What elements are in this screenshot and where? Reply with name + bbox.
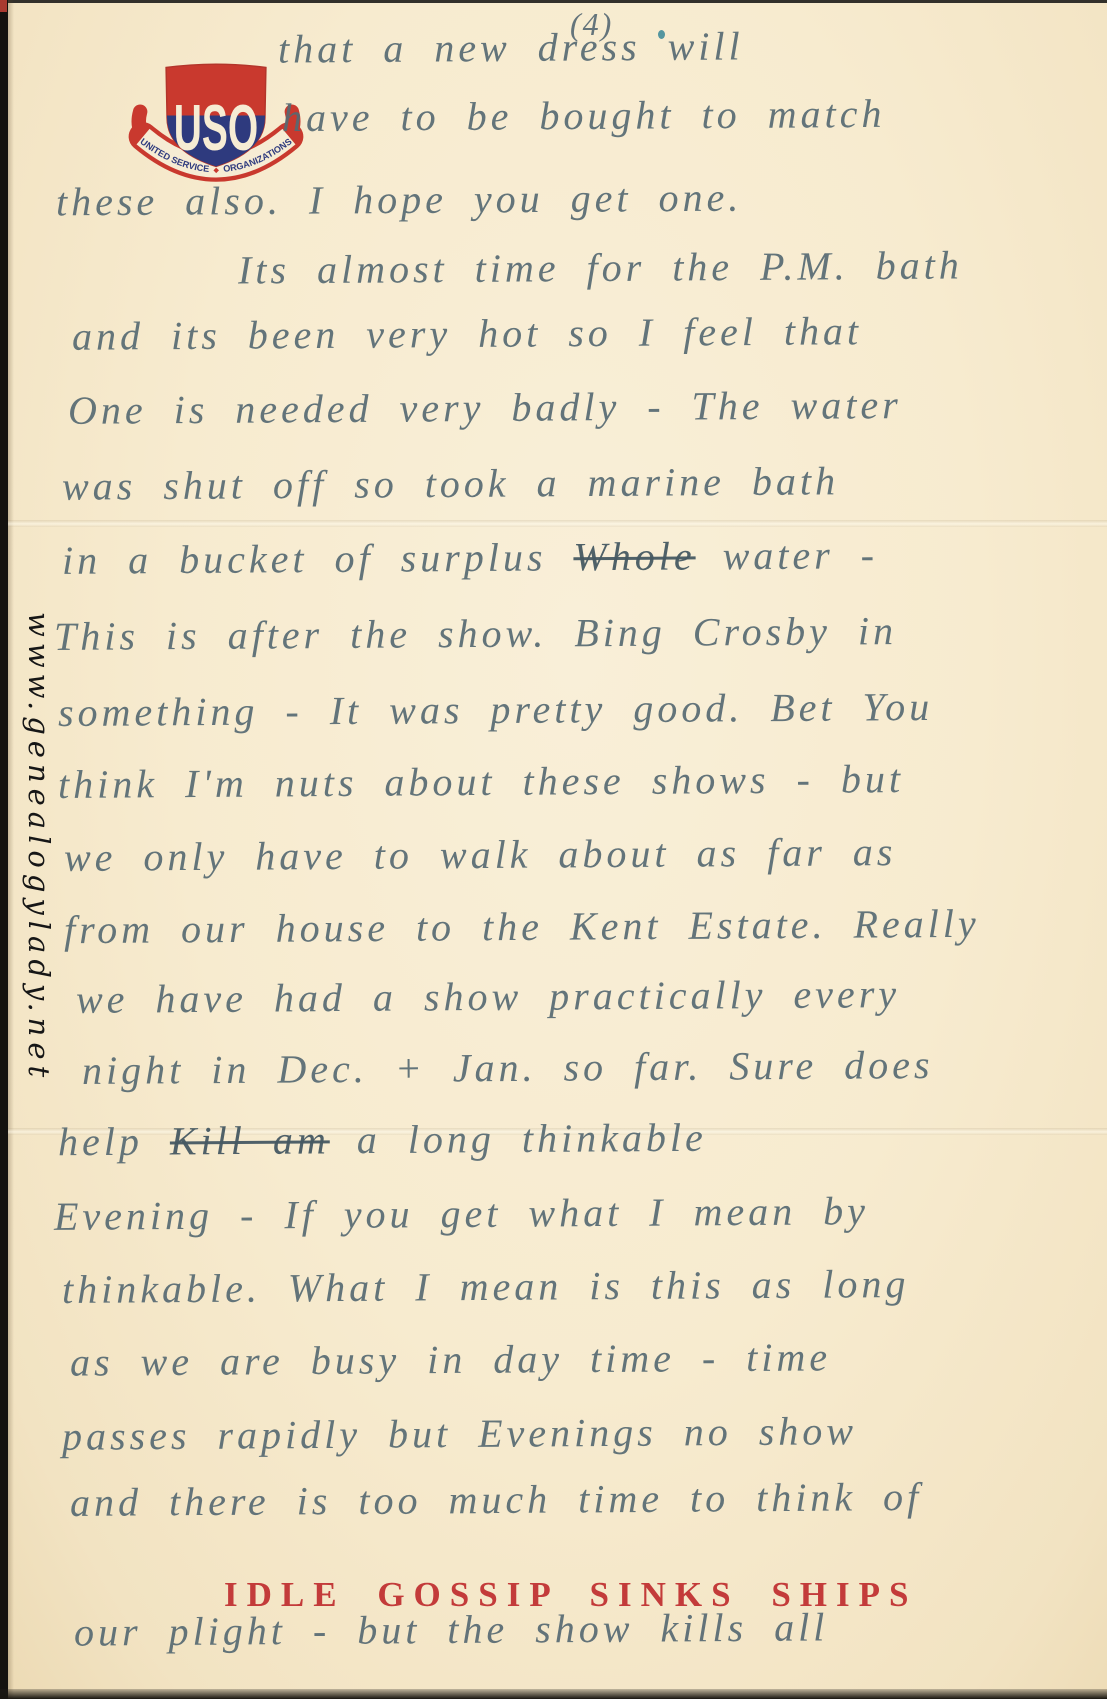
watermark: www.genealogylady.net: [22, 612, 56, 1056]
handwriting-line: and its been very hot so I feel that: [72, 307, 862, 360]
handwriting-text: these also. I hope you get one.: [56, 175, 743, 225]
scan-edge-bottom: [0, 1689, 1107, 1699]
handwriting-text: water -: [695, 532, 878, 578]
censorship-slogan: IDLE GOSSIP SINKS SHIPS: [224, 1575, 918, 1615]
handwriting-text: a long thinkable: [330, 1115, 707, 1163]
handwriting-line: and there is too much time to think of: [70, 1473, 923, 1526]
struck-word: Whole: [573, 533, 695, 579]
handwriting-text: Evening - If you get what I mean by: [54, 1188, 869, 1239]
handwriting-text: we only have to walk about as far as: [64, 829, 897, 880]
handwriting-text: and its been very hot so I feel that: [72, 308, 862, 359]
handwriting-text: something - It was pretty good. Bet You: [58, 684, 933, 735]
handwriting-line: was shut off so took a marine bath: [62, 457, 839, 509]
handwriting-line: something - It was pretty good. Bet You: [58, 683, 933, 736]
handwriting-text: thinkable. What I mean is this as long: [62, 1261, 910, 1312]
handwriting-line: we have had a show practically every: [76, 970, 900, 1023]
handwriting-line: One is needed very badly - The water: [68, 381, 902, 434]
handwriting-text: night in Dec. + Jan. so far. Sure does: [82, 1042, 934, 1093]
handwriting-text: and there is too much time to think of: [70, 1474, 923, 1525]
handwriting-text: Its almost time for the P.M. bath: [238, 242, 963, 292]
handwriting-text: One is needed very badly - The water: [68, 382, 902, 433]
handwriting-text: think I'm nuts about these shows - but: [58, 756, 904, 807]
paper-edge-shadow: [8, 0, 14, 1699]
handwriting-line: that a new dress will: [278, 22, 744, 72]
handwriting-line: passes rapidly but Evenings no show: [62, 1407, 857, 1460]
handwriting-text: was shut off so took a marine bath: [62, 458, 839, 508]
handwriting-line: we only have to walk about as far as: [64, 828, 897, 881]
handwriting-line: from our house to the Kent Estate. Reall…: [64, 900, 980, 953]
handwriting-line: Evening - If you get what I mean by: [54, 1187, 869, 1240]
handwriting-text: in a bucket of surplus: [62, 534, 574, 583]
handwriting-line: help Kill am a long thinkable: [58, 1114, 707, 1166]
handwriting-line: these also. I hope you get one.: [56, 174, 743, 226]
handwriting-line: Its almost time for the P.M. bath: [238, 241, 963, 293]
uso-shield-icon: USO: [166, 64, 266, 166]
handwriting-line: think I'm nuts about these shows - but: [58, 755, 904, 808]
handwriting-line: as we are busy in day time - time: [70, 1333, 831, 1385]
handwriting-line: have to be bought to match: [282, 90, 886, 141]
handwriting-text: have to be bought to match: [282, 91, 886, 140]
scanned-letter-page: USO UNITED SERVICE◆ORGANIZATIONS (4) tha…: [0, 0, 1107, 1699]
handwriting-text: This is after the show. Bing Crosby in: [54, 608, 897, 659]
scan-edge-left: [0, 0, 8, 1699]
scan-edge-top: [0, 0, 1107, 3]
struck-word: Kill am: [170, 1117, 330, 1163]
handwriting-line: This is after the show. Bing Crosby in: [54, 607, 897, 660]
handwriting-text: from our house to the Kent Estate. Reall…: [64, 901, 980, 952]
handwriting-line: night in Dec. + Jan. so far. Sure does: [82, 1041, 934, 1094]
scan-corner-mark: [0, 0, 7, 12]
uso-acronym: USO: [174, 91, 258, 164]
handwriting-text: that a new dress will: [278, 23, 744, 71]
handwriting-text: help: [58, 1118, 170, 1164]
handwriting-line: thinkable. What I mean is this as long: [62, 1260, 910, 1313]
handwriting-text: as we are busy in day time - time: [70, 1334, 831, 1384]
handwriting-line: in a bucket of surplus Whole water -: [62, 531, 878, 584]
handwriting-text: passes rapidly but Evenings no show: [62, 1408, 857, 1459]
fold-crease: [8, 520, 1107, 527]
handwriting-text: we have had a show practically every: [76, 971, 900, 1022]
banner-separator-icon: ◆: [213, 167, 220, 174]
